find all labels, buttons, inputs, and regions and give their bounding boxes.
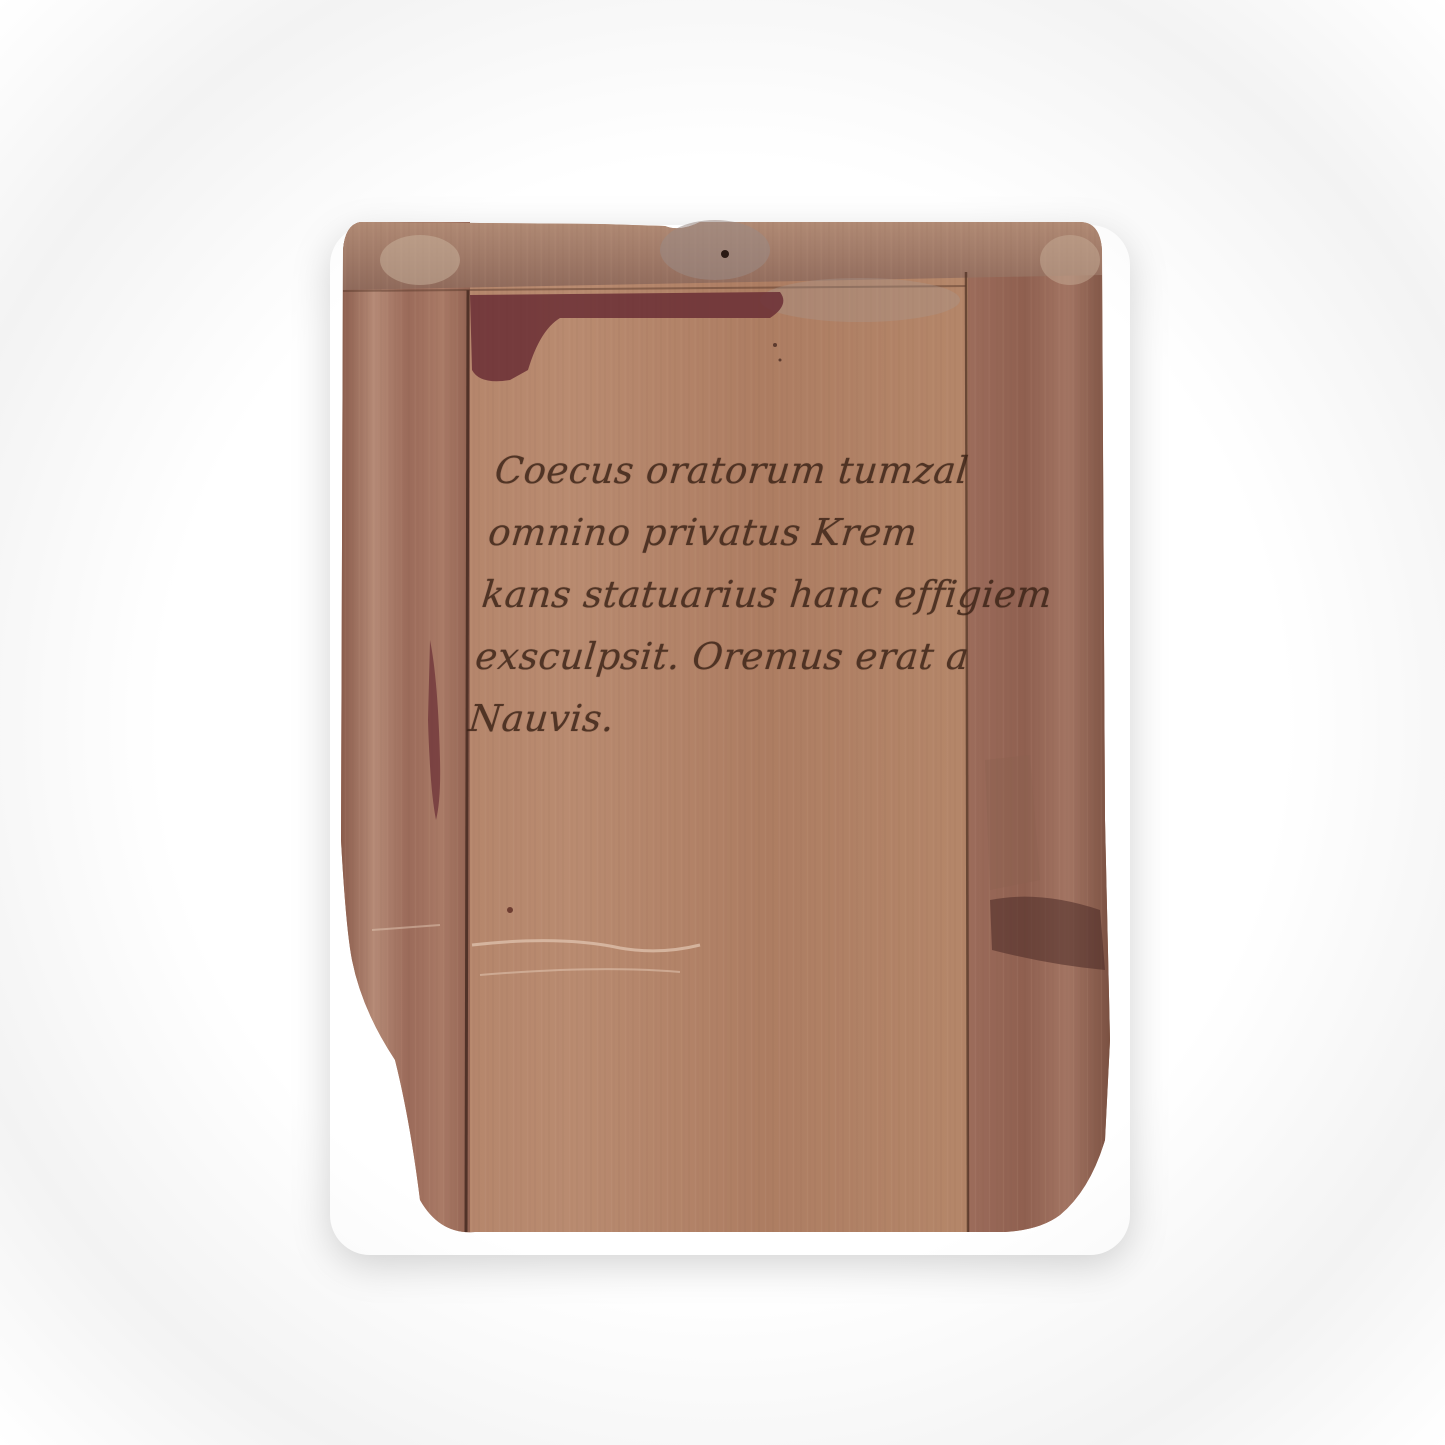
hanging-hole-icon xyxy=(721,250,729,258)
inscription-line-2: omnino privatus Krem xyxy=(485,502,1012,564)
inscription-line-5: Nauvis. xyxy=(466,688,993,750)
inscription-line-3: kans statuarius hanc effigiem xyxy=(479,564,1006,626)
inscription-line-4: exsculpsit. Oremus erat a xyxy=(472,626,999,688)
inscription-line-1: Coecus oratorum tumzal xyxy=(492,440,1019,502)
photo-stage: Coecus oratorum tumzal omnino privatus K… xyxy=(0,0,1445,1445)
handwritten-inscription: Coecus oratorum tumzal omnino privatus K… xyxy=(466,440,1019,750)
